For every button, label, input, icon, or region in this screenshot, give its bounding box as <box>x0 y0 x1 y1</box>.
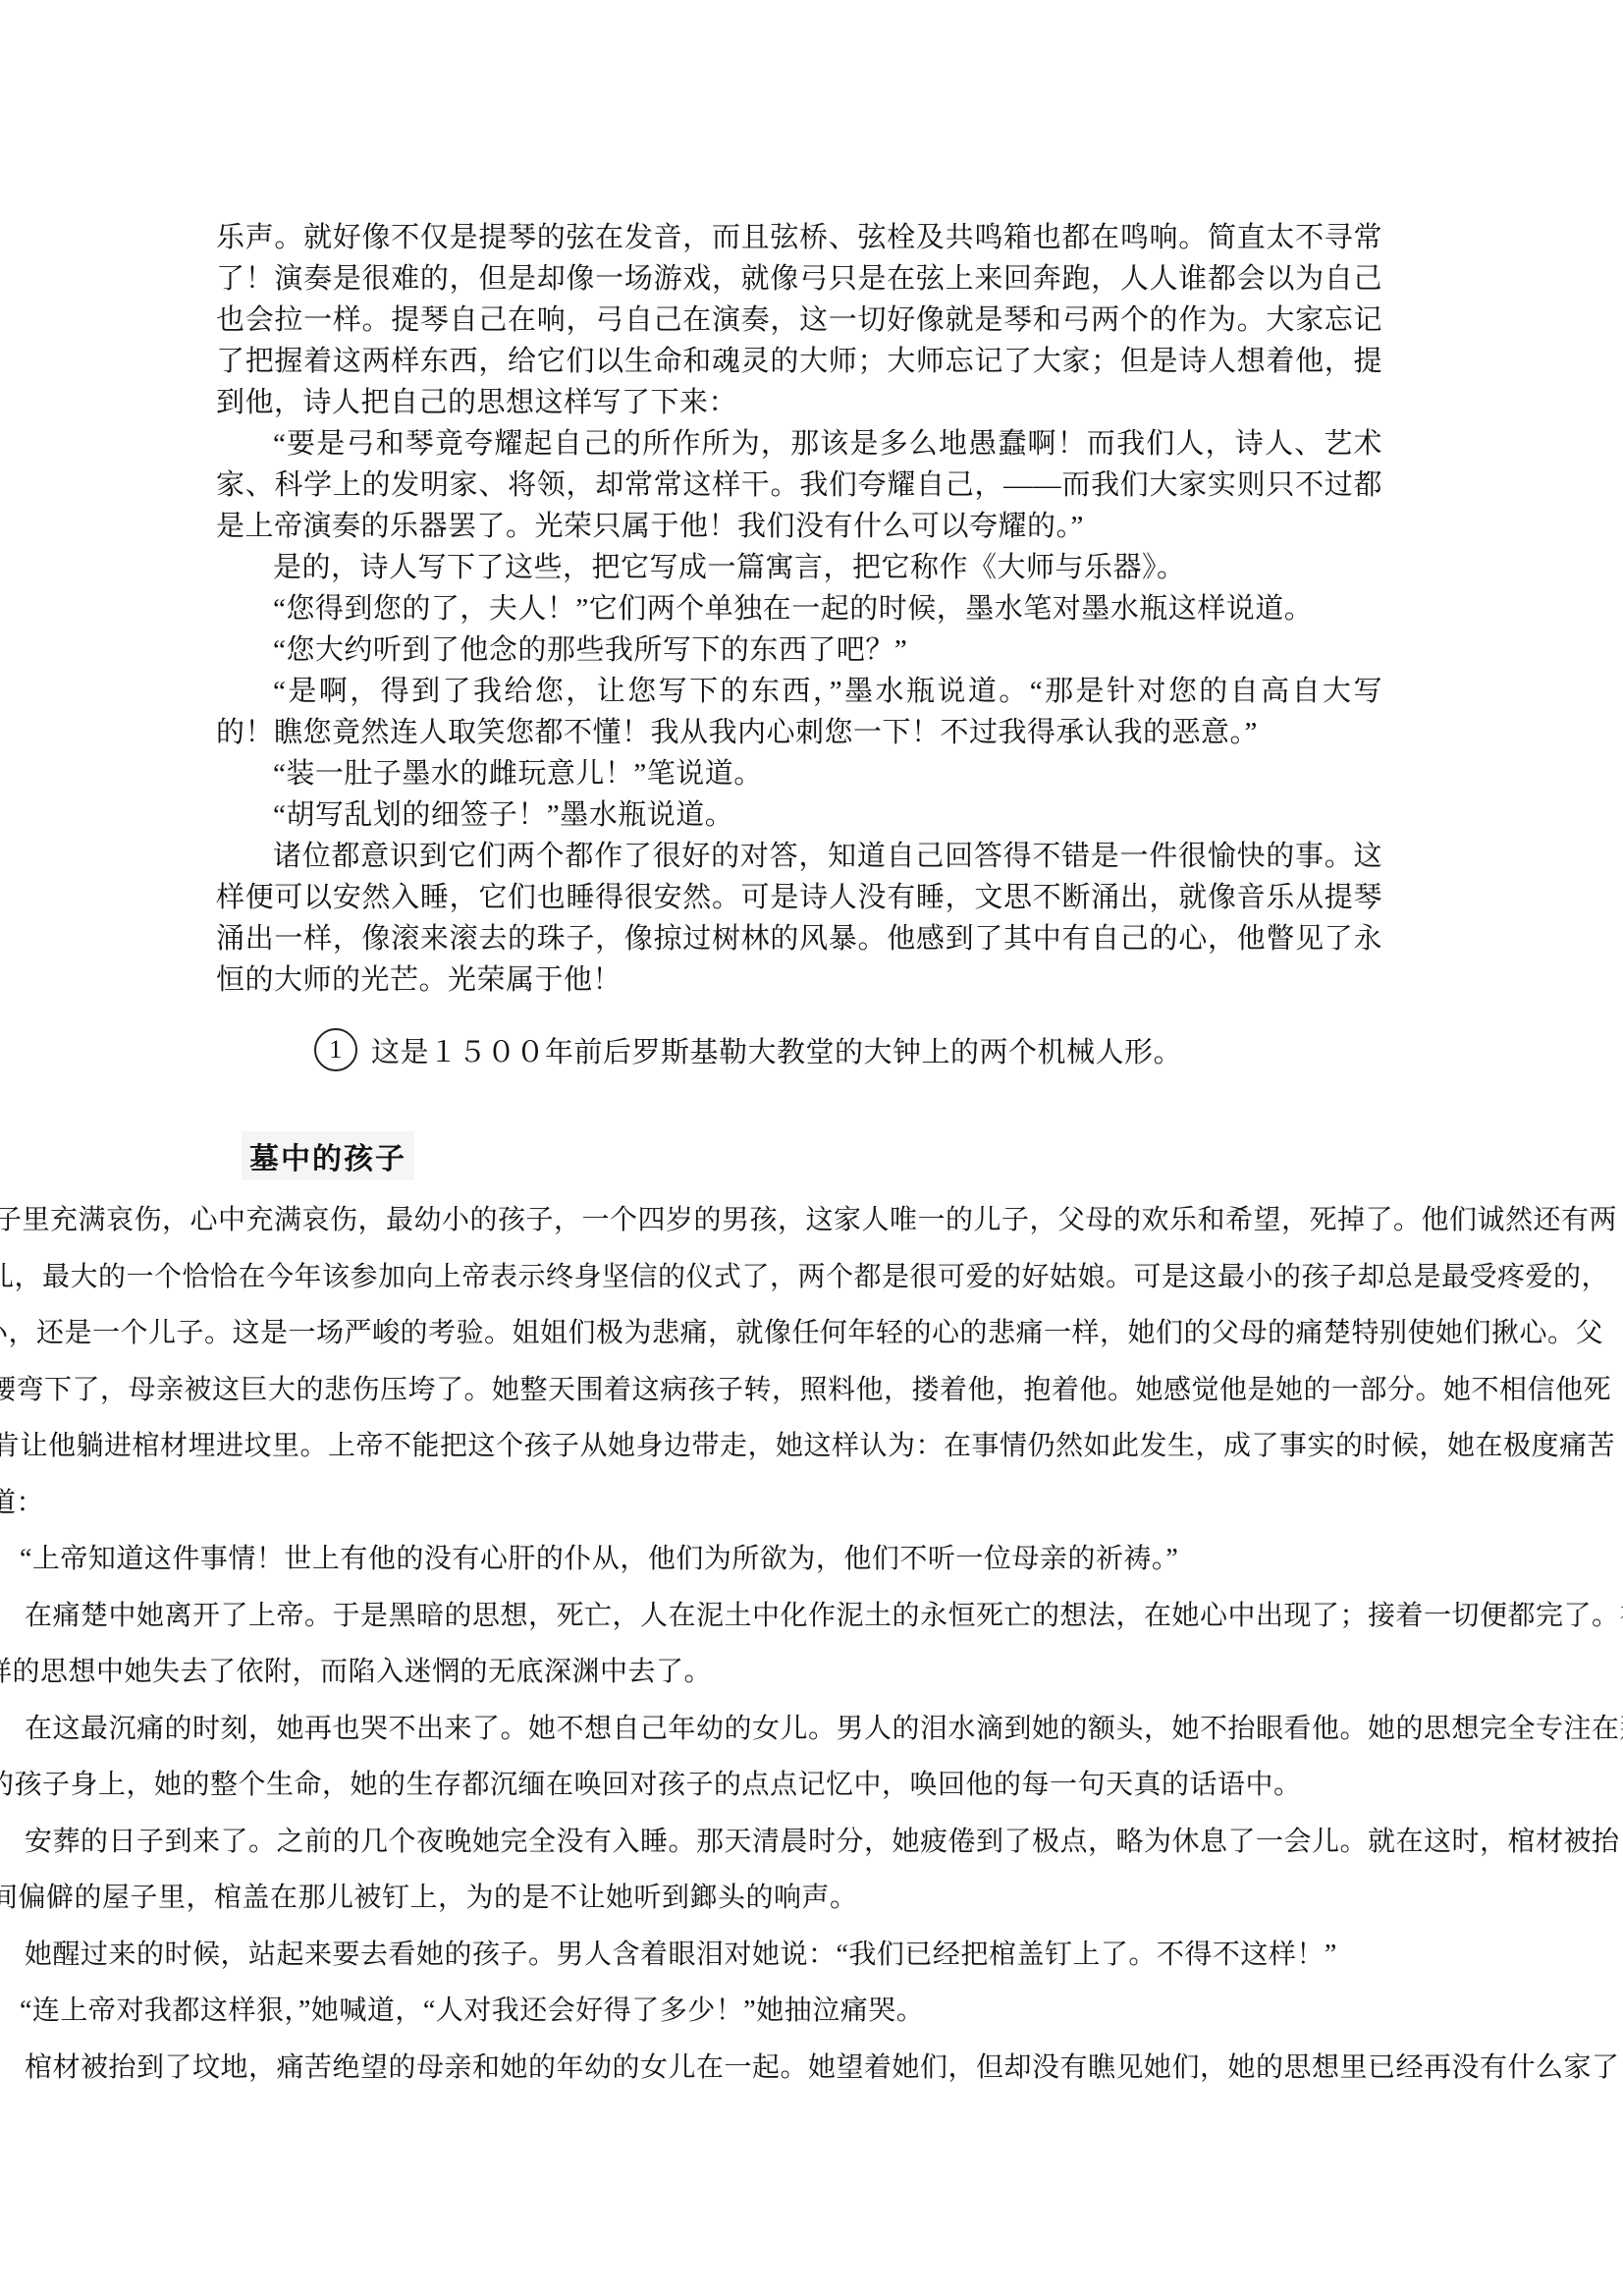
text-line: 她醒过来的时候，站起来要去看她的孩子。男人含着眼泪对她说：“我们已经把棺盖钉上了… <box>25 1927 1623 1984</box>
story-paragraphs: 子里充满哀伤，心中充满哀伤，最幼小的孩子，一个四岁的男孩，这家人唯一的儿子，父母… <box>0 1192 1623 2096</box>
text-line: “您得到您的了，夫人！”它们两个单独在一起的时候，墨水笔对墨水瓶这样说道。 <box>216 588 1382 629</box>
text-line: “上帝知道这件事情！世上有他的没有心肝的仆从，他们为所欲为，他们不听一位母亲的祈… <box>20 1531 1623 1588</box>
section-title: 墓中的孩子 <box>242 1131 414 1180</box>
text-line: 在这最沉痛的时刻，她再也哭不出来了。她不想自己年幼的女儿。男人的泪水滴到她的额头… <box>25 1701 1623 1758</box>
text-line: 肯让他躺进棺材埋进坟里。上帝不能把这个孩子从她身边带走，她这样认为：在事情仍然如… <box>0 1418 1623 1475</box>
footnote-number-badge: 1 <box>314 1028 357 1071</box>
text-line: 涌出一样，像滚来滚去的珠子，像掠过树林的风暴。他感到了其中有自己的心，他瞥见了永 <box>216 918 1382 959</box>
text-line: 道： <box>0 1475 1623 1532</box>
text-line: “连上帝对我都这样狠，”她喊道，“人对我还会好得了多少！”她抽泣痛哭。 <box>20 1983 1623 2040</box>
footnote: 1 这是１５００年前后罗斯基勒大教堂的大钟上的两个机械人形。 <box>314 1026 1182 1073</box>
text-line: 的！瞧您竟然连人取笑您都不懂！我从我内心刺您一下！不过我得承认我的恶意。” <box>216 712 1382 753</box>
text-line: 在痛楚中她离开了上帝。于是黑暗的思想，死亡，人在泥土中化作泥土的永恒死亡的想法，… <box>25 1588 1623 1645</box>
text-line: 了把握着这两样东西，给它们以生命和魂灵的大师；大师忘记了大家；但是诗人想着他，提 <box>216 341 1382 382</box>
text-line: 子里充满哀伤，心中充满哀伤，最幼小的孩子，一个四岁的男孩，这家人唯一的儿子，父母… <box>0 1192 1623 1249</box>
text-line: 恒的大师的光芒。光荣属于他！ <box>216 959 1382 1001</box>
text-line: 了！演奏是很难的，但是却像一场游戏，就像弓只是在弦上来回奔跑，人人谁都会以为自己 <box>216 258 1382 300</box>
text-line: “您大约听到了他念的那些我所写下的东西了吧？” <box>216 629 1382 671</box>
text-line: 间偏僻的屋子里，棺盖在那儿被钉上，为的是不让她听到鎯头的响声。 <box>0 1870 1623 1927</box>
text-line: 乐声。就好像不仅是提琴的弦在发音，而且弦桥、弦栓及共鸣箱也都在鸣响。简直太不寻常 <box>216 217 1382 258</box>
text-line: 是的，诗人写下了这些，把它写成一篇寓言，把它称作《大师与乐器》。 <box>216 547 1382 588</box>
text-line: 安葬的日子到来了。之前的几个夜晚她完全没有入睡。那天清晨时分，她疲倦到了极点，略… <box>25 1814 1623 1871</box>
text-line: “是啊，得到了我给您，让您写下的东西，”墨水瓶说道。“那是针对您的自高自大写 <box>216 671 1382 712</box>
text-line: 棺材被抬到了坟地，痛苦绝望的母亲和她的年幼的女儿在一起。她望着她们，但却没有瞧见… <box>25 2040 1623 2097</box>
text-line: “胡写乱划的细签子！”墨水瓶说道。 <box>216 794 1382 836</box>
text-line: 小，还是一个儿子。这是一场严峻的考验。姐姐们极为悲痛，就像任何年轻的心的悲痛一样… <box>0 1305 1623 1362</box>
text-line: 到他，诗人把自己的思想这样写了下来： <box>216 382 1382 423</box>
document-page: 乐声。就好像不仅是提琴的弦在发音，而且弦桥、弦栓及共鸣箱也都在鸣响。简直太不寻常… <box>0 0 1623 2296</box>
text-line: 诸位都意识到它们两个都作了很好的对答，知道自己回答得不错是一件很愉快的事。这 <box>216 836 1382 877</box>
text-line: 样的思想中她失去了依附，而陷入迷惘的无底深渊中去了。 <box>0 1644 1623 1701</box>
text-line: 家、科学上的发明家、将领，却常常这样干。我们夸耀自己，——而我们大家实则只不过都 <box>216 465 1382 506</box>
text-line: 儿，最大的一个恰恰在今年该参加向上帝表示终身坚信的仪式了，两个都是很可爱的好姑娘… <box>0 1249 1623 1306</box>
footnote-text: 这是１５００年前后罗斯基勒大教堂的大钟上的两个机械人形。 <box>371 1030 1182 1070</box>
text-line: 是上帝演奏的乐器罢了。光荣只属于他！我们没有什么可以夸耀的。” <box>216 506 1382 547</box>
text-line: “要是弓和琴竟夸耀起自己的所作所为，那该是多么地愚蠢啊！而我们人，诗人、艺术 <box>216 423 1382 465</box>
text-line: 的孩子身上，她的整个生命，她的生存都沉缅在唤回对孩子的点点记忆中，唤回他的每一句… <box>0 1757 1623 1814</box>
text-line: 也会拉一样。提琴自己在响，弓自己在演奏，这一切好像就是琴和弓两个的作为。大家忘记 <box>216 300 1382 341</box>
story-ending-paragraphs: 乐声。就好像不仅是提琴的弦在发音，而且弦桥、弦栓及共鸣箱也都在鸣响。简直太不寻常… <box>216 217 1382 1001</box>
text-line: “装一肚子墨水的雌玩意儿！”笔说道。 <box>216 753 1382 794</box>
text-line: 样便可以安然入睡，它们也睡得很安然。可是诗人没有睡，文思不断涌出，就像音乐从提琴 <box>216 877 1382 918</box>
text-line: 腰弯下了，母亲被这巨大的悲伤压垮了。她整天围着这病孩子转，照料他，搂着他，抱着他… <box>0 1362 1623 1419</box>
